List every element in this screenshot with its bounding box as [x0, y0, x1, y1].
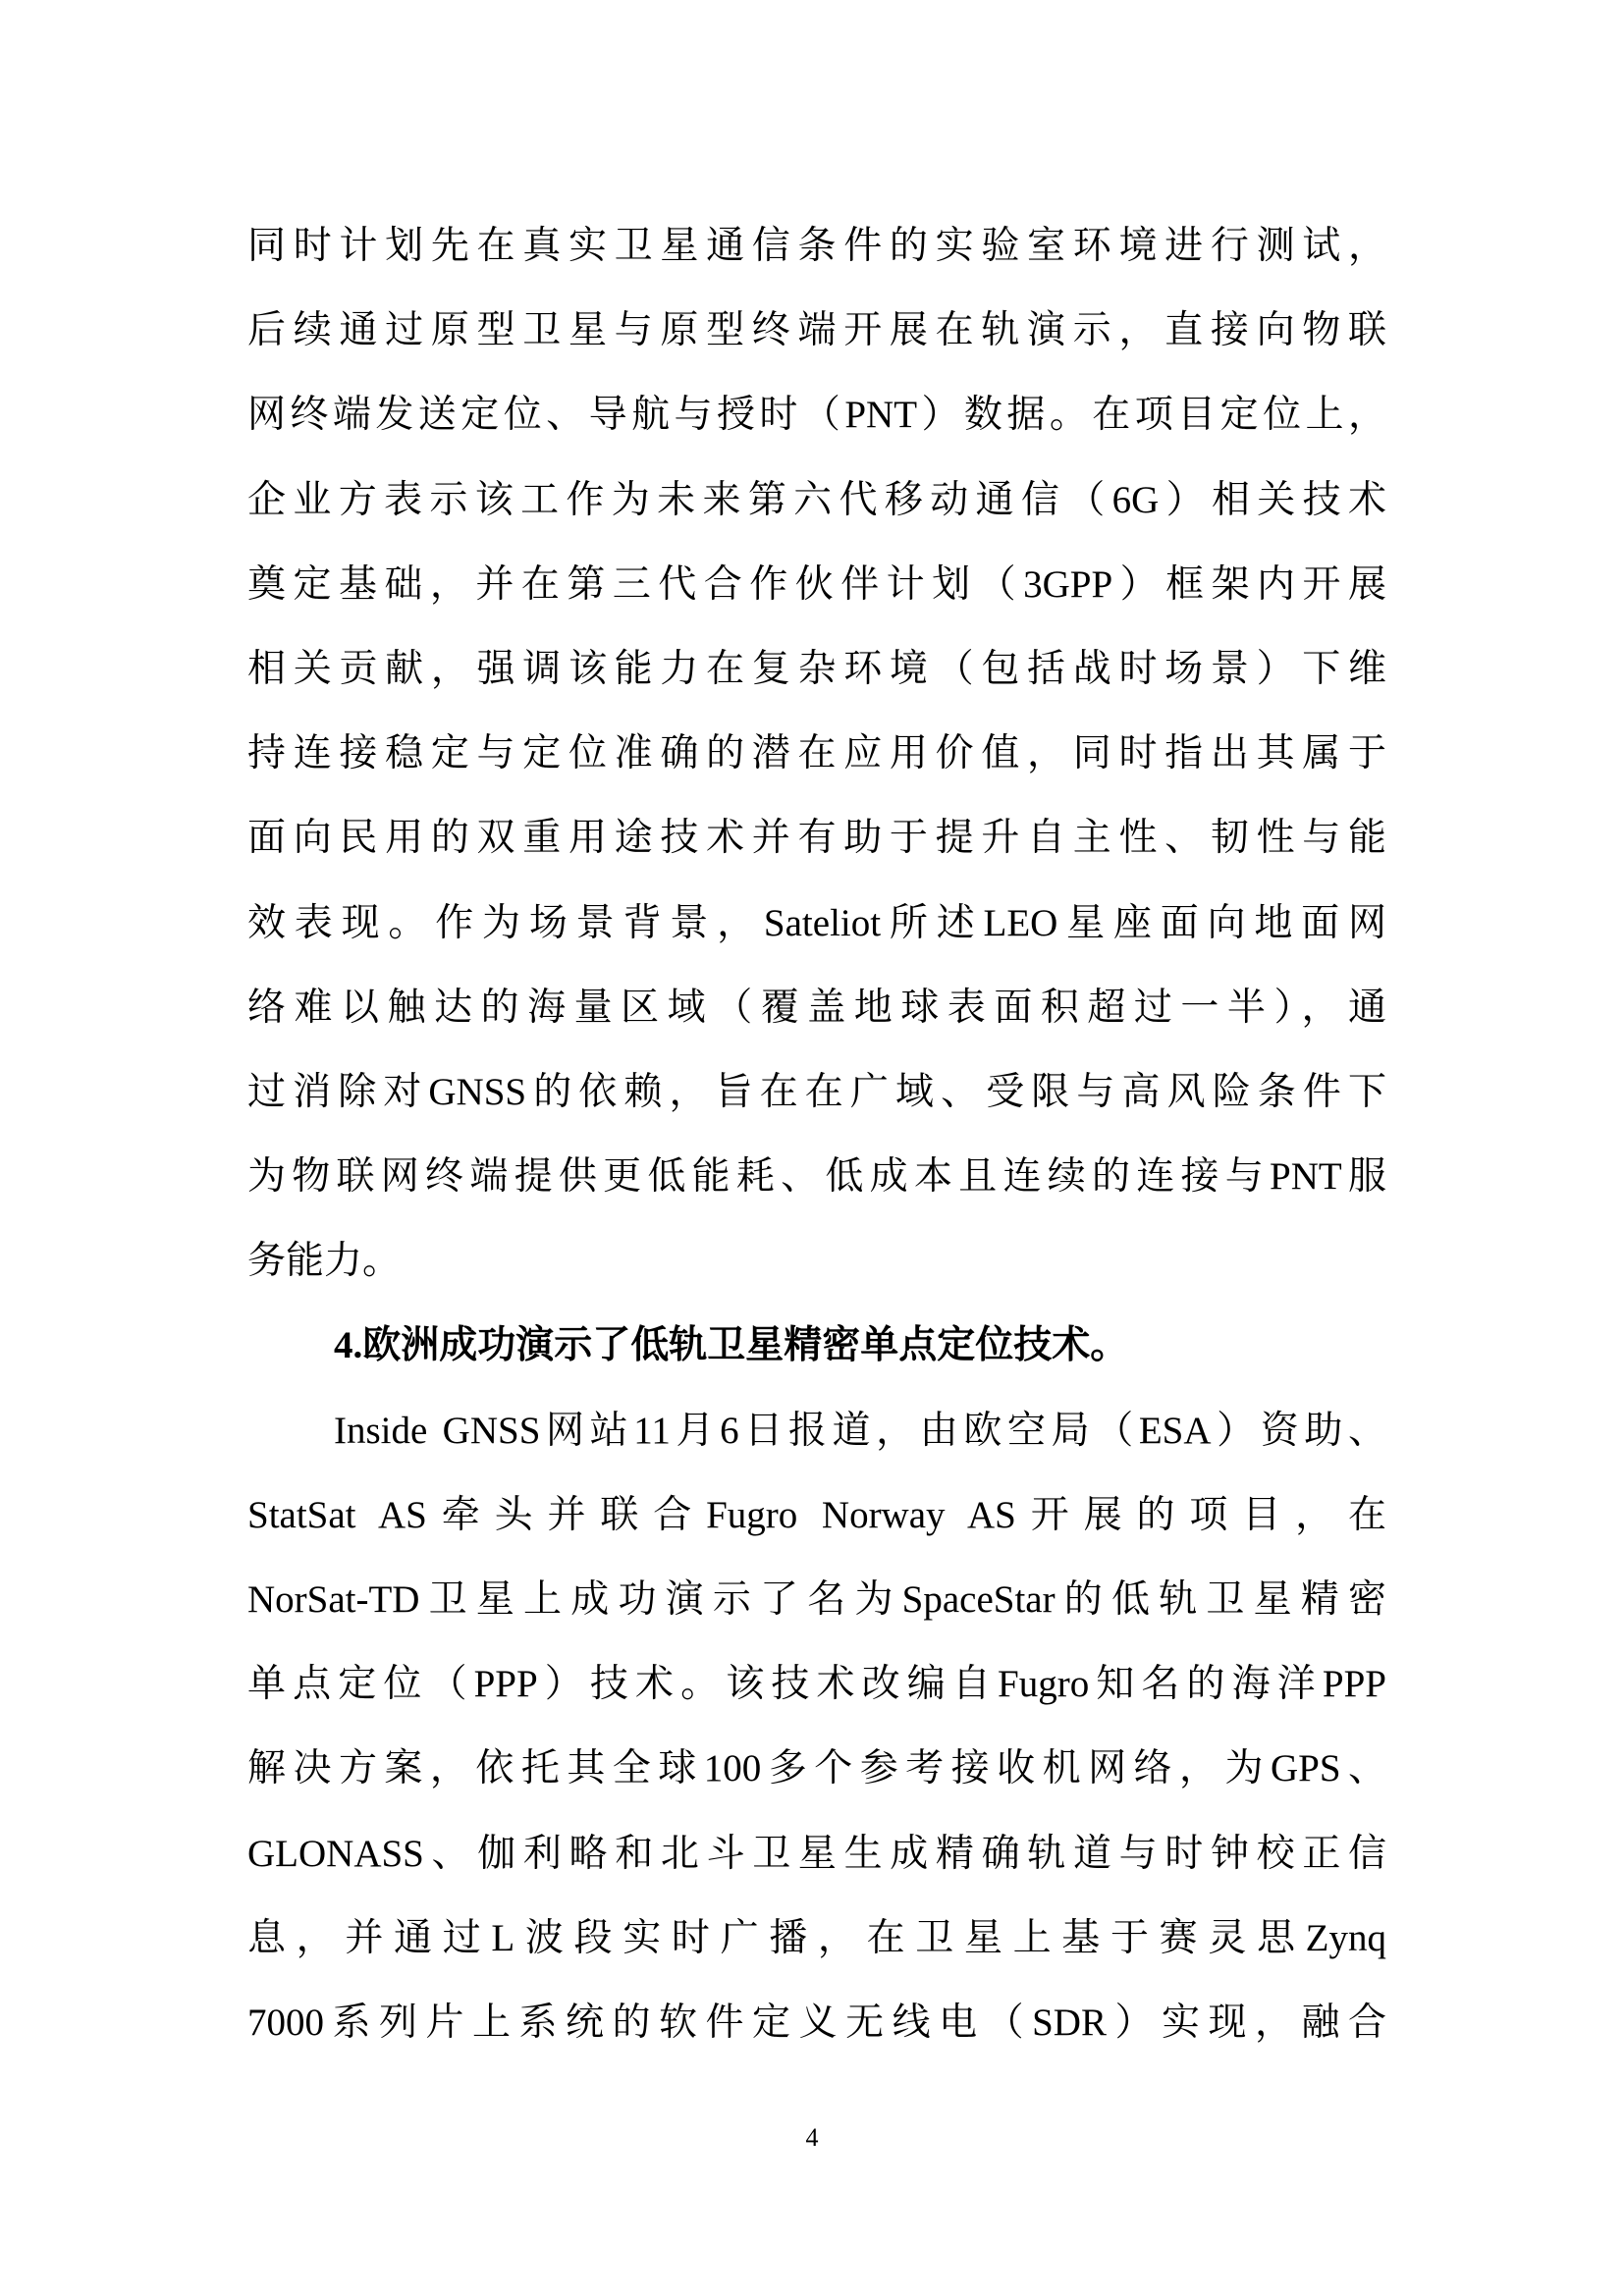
text-line: 企业方表示该工作为未来第六代移动通信（6G）相关技术: [247, 458, 1386, 543]
text-line: 单点定位（PPP）技术。该技术改编自Fugro知名的海洋PPP: [247, 1642, 1386, 1727]
text-line: 持连接稳定与定位准确的潜在应用价值，同时指出其属于: [247, 712, 1386, 796]
section-heading: 4.欧洲成功演示了低轨卫星精密单点定位技术。: [247, 1304, 1386, 1388]
text-line: 过消除对GNSS的依赖，旨在在广域、受限与高风险条件下: [247, 1050, 1386, 1135]
text-line: StatSat AS牵头并联合Fugro Norway AS开展的项目，在: [247, 1473, 1386, 1558]
text-line: 7000系列片上系统的软件定义无线电（SDR）实现，融合: [247, 1981, 1386, 2065]
text-line: 奠定基础，并在第三代合作伙伴计划（3GPP）框架内开展: [247, 543, 1386, 627]
page-number: 4: [0, 2123, 1624, 2153]
text-line: 效表现。作为场景背景，Sateliot所述LEO星座面向地面网: [247, 881, 1386, 966]
text-line: 解决方案，依托其全球100多个参考接收机网络，为GPS、: [247, 1727, 1386, 1811]
text-line: GLONASS、伽利略和北斗卫星生成精确轨道与时钟校正信: [247, 1812, 1386, 1896]
text-line: 务能力。: [247, 1219, 1386, 1304]
text-line: 后续通过原型卫星与原型终端开展在轨演示，直接向物联: [247, 289, 1386, 373]
text-line: 相关贡献，强调该能力在复杂环境（包括战时场景）下维: [247, 627, 1386, 712]
text-line: NorSat-TD卫星上成功演示了名为SpaceStar的低轨卫星精密: [247, 1558, 1386, 1642]
paragraph-2: Inside GNSS网站11月6日报道，由欧空局（ESA）资助、 StatSa…: [247, 1389, 1386, 2066]
text-line: Inside GNSS网站11月6日报道，由欧空局（ESA）资助、: [247, 1389, 1386, 1473]
paragraph-1: 同时计划先在真实卫星通信条件的实验室环境进行测试， 后续通过原型卫星与原型终端开…: [247, 204, 1386, 1304]
text-line: 为物联网终端提供更低能耗、低成本且连续的连接与PNT服: [247, 1135, 1386, 1219]
document-body: 同时计划先在真实卫星通信条件的实验室环境进行测试， 后续通过原型卫星与原型终端开…: [247, 204, 1386, 2065]
text-line: 同时计划先在真实卫星通信条件的实验室环境进行测试，: [247, 204, 1386, 289]
text-line: 息，并通过L波段实时广播，在卫星上基于赛灵思Zynq: [247, 1896, 1386, 1981]
text-line: 网终端发送定位、导航与授时（PNT）数据。在项目定位上，: [247, 373, 1386, 457]
text-line: 面向民用的双重用途技术并有助于提升自主性、韧性与能: [247, 796, 1386, 881]
document-page: 同时计划先在真实卫星通信条件的实验室环境进行测试， 后续通过原型卫星与原型终端开…: [0, 0, 1624, 2296]
text-line: 络难以触达的海量区域（覆盖地球表面积超过一半），通: [247, 966, 1386, 1050]
